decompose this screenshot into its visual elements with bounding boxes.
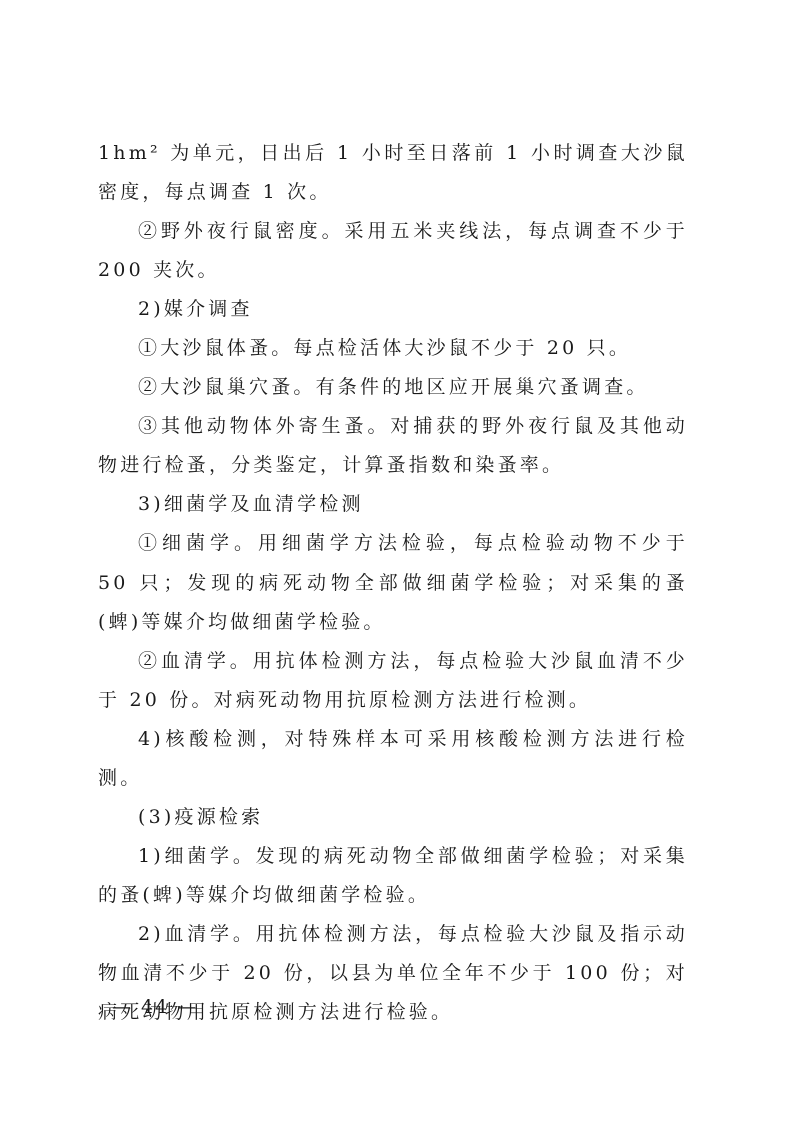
page-number: — 44 —	[112, 996, 198, 1018]
paragraph-serology: ②血清学。用抗体检测方法，每点检验大沙鼠血清不少于 20 份。对病死动物用抗原检…	[98, 642, 688, 720]
body-text: 1hm² 为单元，日出后 1 小时至日落前 1 小时调查大沙鼠密度，每点调查 1…	[98, 134, 688, 1032]
paragraph-other-animal-flea: ③其他动物体外寄生蚤。对捕获的野外夜行鼠及其他动物进行检蚤，分类鉴定，计算蚤指数…	[98, 407, 688, 485]
heading-bacteriology-serology: 3)细菌学及血清学检测	[98, 485, 688, 524]
heading-source-search: (3)疫源检索	[98, 798, 688, 837]
paragraph-gerbil-nest-flea: ②大沙鼠巢穴蚤。有条件的地区应开展巢穴蚤调查。	[98, 368, 688, 407]
paragraph-source-bacteriology: 1)细菌学。发现的病死动物全部做细菌学检验；对采集的蚤(蜱)等媒介均做细菌学检验…	[98, 837, 688, 915]
paragraph-night-rodent-density: ②野外夜行鼠密度。采用五米夹线法，每点调查不少于 200 夹次。	[98, 212, 688, 290]
paragraph-gerbil-body-flea: ①大沙鼠体蚤。每点检活体大沙鼠不少于 20 只。	[98, 329, 688, 368]
paragraph-density-unit: 1hm² 为单元，日出后 1 小时至日落前 1 小时调查大沙鼠密度，每点调查 1…	[98, 134, 688, 212]
paragraph-nucleic-acid: 4)核酸检测，对特殊样本可采用核酸检测方法进行检测。	[98, 720, 688, 798]
paragraph-bacteriology: ①细菌学。用细菌学方法检验，每点检验动物不少于 50 只；发现的病死动物全部做细…	[98, 524, 688, 641]
document-page: 1hm² 为单元，日出后 1 小时至日落前 1 小时调查大沙鼠密度，每点调查 1…	[0, 0, 794, 1123]
heading-vector-survey: 2)媒介调查	[98, 290, 688, 329]
